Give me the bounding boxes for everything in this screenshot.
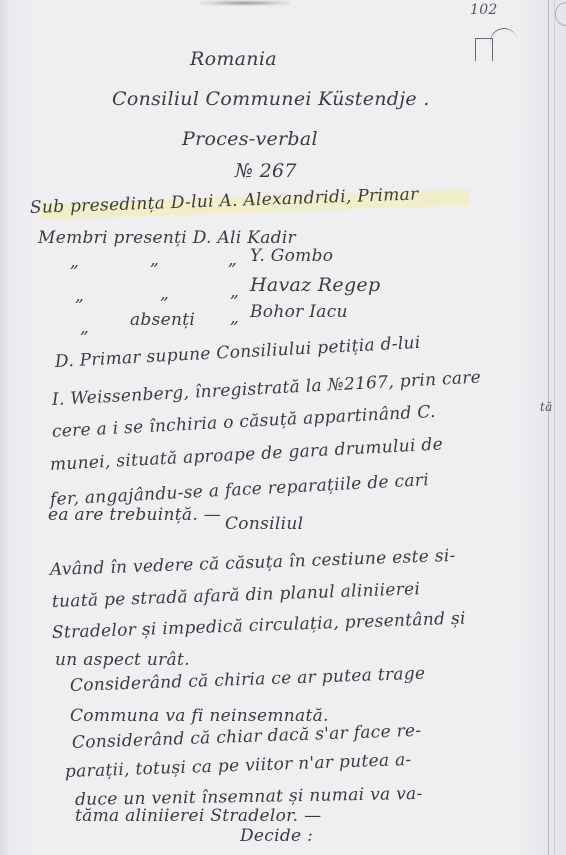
ditto-mark: „: [230, 308, 239, 328]
scanned-document-page: 102 Romania Consiliul Communei Küstendje…: [0, 0, 566, 855]
ditto-mark: „: [228, 250, 237, 270]
header-country: Romania: [190, 48, 277, 70]
consideration-line-8: parații, totuși ca pe viitor n'ar putea …: [65, 750, 412, 782]
consideration-line-6: Communa va fi neinsemnată.: [70, 706, 329, 726]
header-doc-type: Proces-verbal: [182, 128, 318, 150]
consideration-line-1: Având în vedere că căsuța în cestiune es…: [50, 546, 456, 580]
ditto-mark: „: [80, 318, 89, 338]
absent-label: absenți: [130, 310, 195, 330]
member-2: Y. Gombo: [250, 246, 333, 266]
right-margin-line: [548, 0, 549, 855]
ditto-mark: „: [230, 282, 239, 302]
header-council: Consiliul Communei Küstendje .: [112, 88, 430, 110]
consideration-line-10: tăma aliniierei Stradelor. —: [75, 806, 321, 826]
decision-heading: Decide :: [240, 826, 313, 846]
petition-line-3: cere a i se închiria o căsuță appartinân…: [51, 402, 436, 442]
petition-line-1: D. Primar supune Consiliului petiția d-l…: [54, 333, 421, 372]
member-3: Havaz Regep: [250, 274, 380, 296]
margin-note: tă: [540, 400, 553, 414]
ditto-mark: „: [160, 284, 169, 304]
corner-arc-mark: [487, 25, 522, 60]
consideration-line-2: tuată pe stradă afară din planul aliniie…: [52, 579, 421, 612]
consideration-line-4: un aspect urât.: [55, 650, 190, 670]
hole-punch-mark: [555, 2, 566, 26]
members-present-line: Membri presenți D. Ali Kadir: [38, 228, 296, 248]
ditto-mark: „: [150, 250, 159, 270]
page-number: 102: [470, 2, 498, 18]
petition-line-6: ea are trebuință. —: [48, 505, 221, 525]
council-heading: Consiliul: [225, 514, 303, 534]
consideration-line-3: Stradelor și impedică circulația, presen…: [52, 609, 466, 643]
scan-shadow: [200, 0, 290, 6]
header-number: № 267: [235, 160, 297, 182]
page-edge-line: [554, 0, 555, 855]
petition-line-5: fer, angajându-se a face reparațiile de …: [49, 470, 429, 510]
ditto-mark: „: [75, 286, 84, 306]
ditto-mark: „: [70, 252, 79, 272]
petition-line-4: munei, situată aproape de gara drumului …: [49, 434, 443, 475]
member-4: Bohor Iacu: [250, 302, 348, 322]
